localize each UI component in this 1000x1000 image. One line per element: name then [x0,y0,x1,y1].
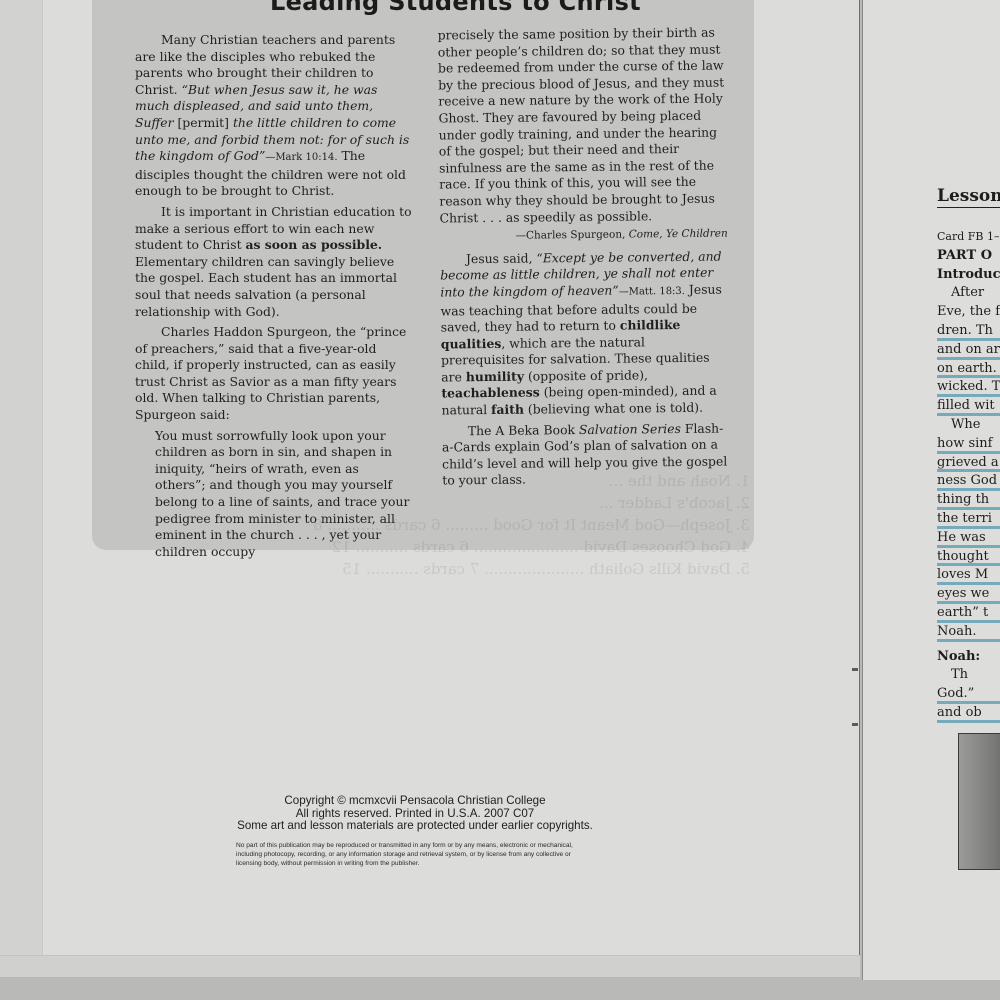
emphasis: humility [466,369,524,385]
section-heading: PART O [937,247,1000,266]
series-title: Salvation Series [579,421,681,437]
illustration-photo [958,733,1000,870]
highlighted-line: eyes we [937,585,1000,604]
copyright-line: Some art and lesson materials are protec… [220,820,610,833]
text-line: After [937,284,1000,303]
staple-mark [852,668,858,671]
left-column: Many Christian teachers and parents are … [135,32,413,564]
book-title: Come, Ye Children [629,228,728,241]
spurgeon-quote: You must sorrowfully look upon your chil… [155,428,413,561]
copyright-line: Copyright © mcmxcvii Pensacola Christian… [220,795,610,808]
section-heading: Noah: [937,648,1000,667]
emphasis: faith [491,402,524,417]
highlighted-line: loves M [937,566,1000,585]
highlighted-line: and on ar [937,341,1000,360]
highlighted-line: grieved a [937,454,1000,473]
highlighted-line: on earth. [937,360,1000,379]
highlighted-line: ness God [937,472,1000,491]
left-page: 1. Noah and the ... 2. Jacob's Ladder ..… [0,0,860,975]
highlighted-line: earth” t [937,604,1000,623]
highlighted-line: He was [937,529,1000,548]
text: [permit] [177,115,229,130]
copyright-notice: Copyright © mcmxcvii Pensacola Christian… [220,795,610,833]
highlighted-line: how sinf [937,435,1000,454]
highlighted-line: filled wit [937,397,1000,416]
paragraph-flash-a-cards: The A Beka Book Salvation Series Flash-a… [442,420,731,489]
spurgeon-quote-continued: precisely the same position by their bir… [438,25,728,227]
highlighted-line: the terri [937,510,1000,529]
lesson-title: Lesson [937,186,1000,208]
scripture-reference: —Matt. 18:3. [619,286,685,298]
paragraph-intro: Many Christian teachers and parents are … [135,32,413,200]
highlighted-line: and ob [937,704,1000,723]
text-line: Th [937,666,1000,685]
text: Elementary children can savingly believe… [135,254,397,319]
text: —Charles Spurgeon, [515,229,628,242]
staple-mark [852,723,858,726]
legal-fineprint: No part of this publication may be repro… [236,841,586,868]
highlighted-line: thought [937,548,1000,567]
emphasis: teachableness [441,385,539,401]
paragraph-jesus-said: Jesus said, “Except ye be converted, and… [440,248,730,419]
text-line: Eve, the f [937,303,1000,322]
highlighted-line: wicked. T [937,378,1000,397]
highlighted-line: thing th [937,491,1000,510]
text: The A Beka Book [468,422,579,438]
quote-attribution: —Charles Spurgeon, Come, Ye Children [440,226,728,246]
emphasis: as soon as possible. [245,237,382,252]
highlighted-line: Noah. [937,623,1000,642]
paragraph-spurgeon: Charles Haddon Spurgeon, the “prince of … [135,324,413,424]
lesson-text: Card FB 1– PART O Introduct After Eve, t… [937,228,1000,723]
paragraph-importance: It is important in Christian education t… [135,204,413,320]
highlighted-line: God.” [937,685,1000,704]
highlighted-line: dren. Th [937,322,1000,341]
section-heading: Introduct [937,266,1000,285]
text-line: Whe [937,416,1000,435]
page-stack-edge [0,955,860,977]
article-title: Leading Students to Christ [270,0,641,16]
text: Jesus said, [466,250,537,266]
scripture-reference: —Mark 10:14. [265,152,337,163]
text: (believing what one is told). [524,400,703,417]
right-column: precisely the same position by their bir… [438,25,731,494]
text: (opposite of pride), [524,367,648,383]
text-line: Card FB 1– [937,228,1000,247]
